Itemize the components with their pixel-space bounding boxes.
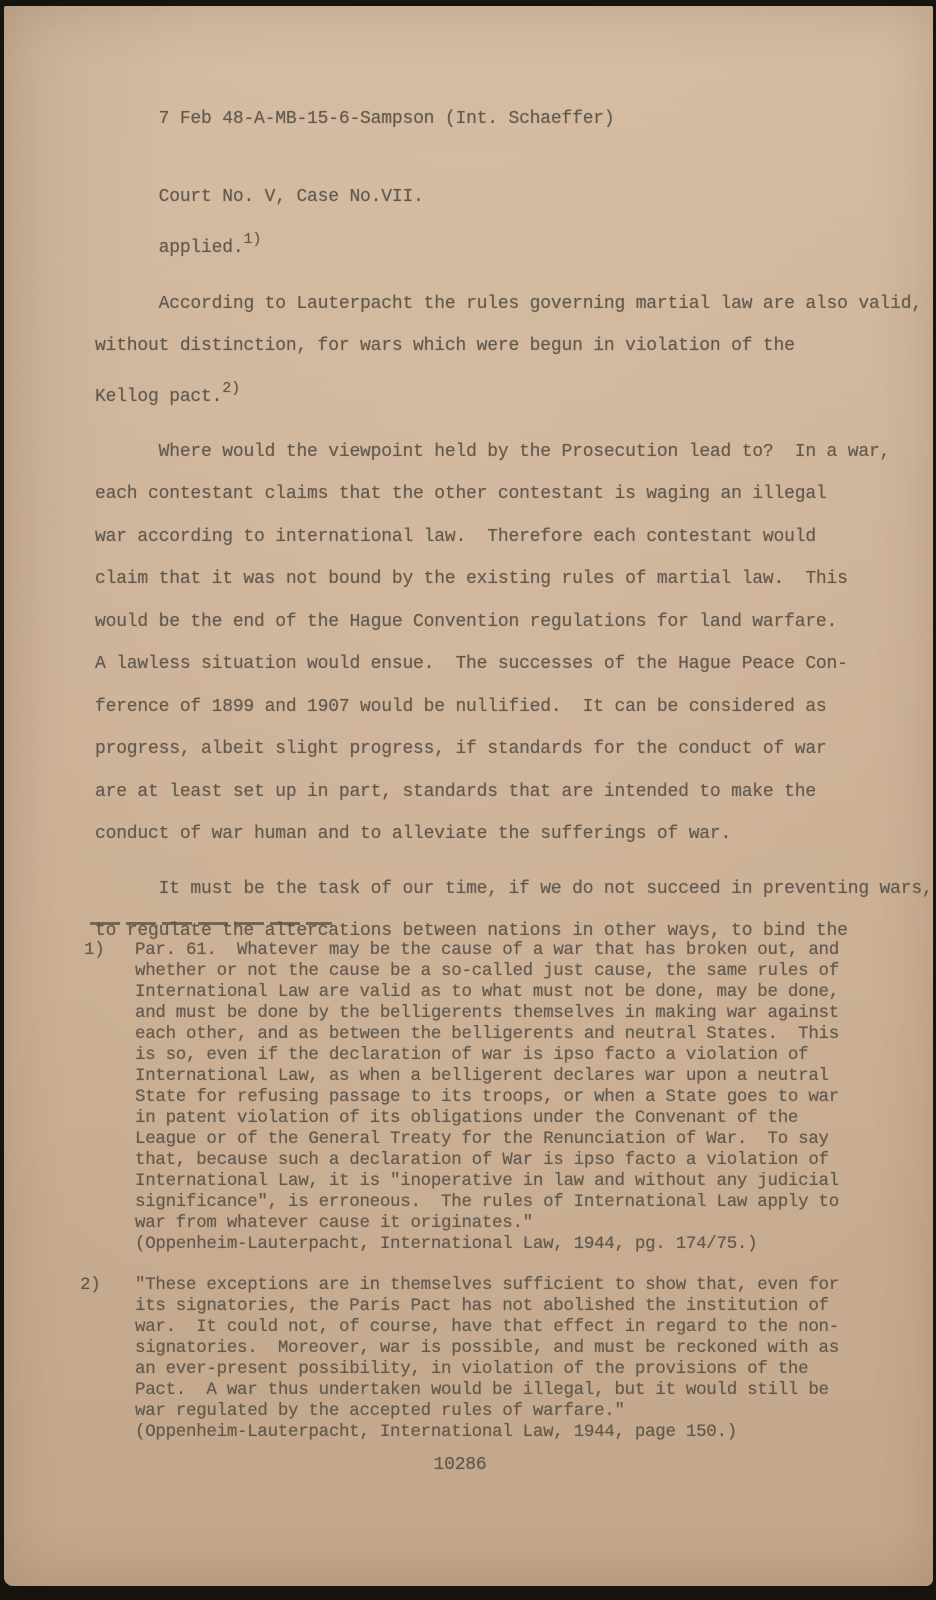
typewritten-text-layer: 7 Feb 48-A-MB-15-6-Sampson (Int. Schaeff… [0, 0, 936, 1600]
paragraph-3-text: It must be the task of our time, if we d… [95, 879, 933, 942]
header-reference-line: 7 Feb 48-A-MB-15-6-Sampson (Int. Schaeff… [159, 109, 615, 129]
footnote-separator-line [90, 922, 332, 925]
footnote-2-marker: 2) [80, 1275, 101, 1296]
page-number: 10286 [390, 1452, 530, 1478]
footnote-1-marker: 1) [84, 940, 105, 961]
footnote-1-text: Par. 61. Whatever may be the cause of a … [135, 940, 839, 1255]
paragraph-2: Where would the viewpoint held by the Pr… [95, 388, 890, 898]
footnote-2-text: "These exceptions are in themselves suff… [135, 1275, 839, 1443]
paragraph-2-text: Where would the viewpoint held by the Pr… [95, 442, 890, 845]
scanned-document-background: 7 Feb 48-A-MB-15-6-Sampson (Int. Schaeff… [0, 0, 936, 1600]
